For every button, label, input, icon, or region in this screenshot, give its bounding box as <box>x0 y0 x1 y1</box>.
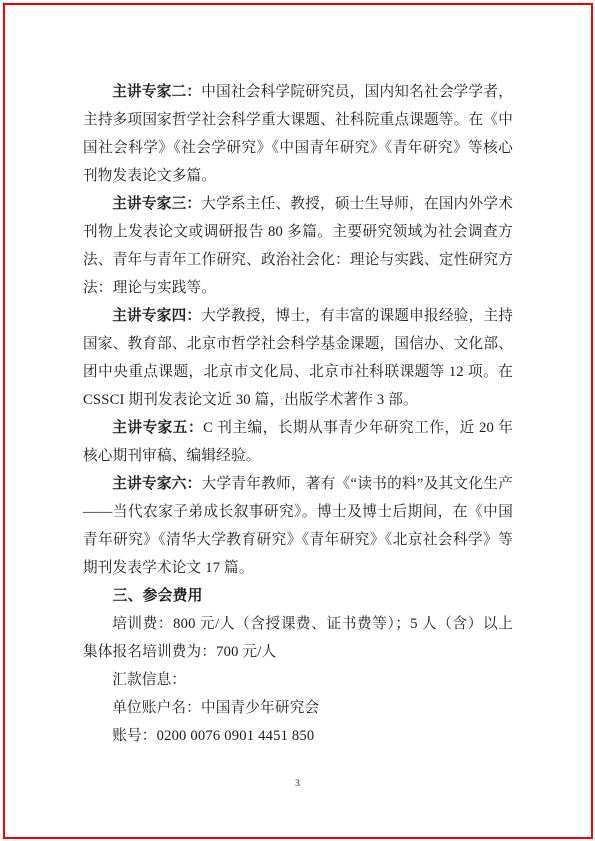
expert-6-label: 主讲专家六： <box>112 476 201 492</box>
page-number: 3 <box>0 779 595 789</box>
expert-5-label: 主讲专家五： <box>112 420 203 436</box>
paragraph-training-fee: 培训费：800 元/人（含授课费、证书费等）；5 人（含）以上集体报名培训费为：… <box>83 610 513 666</box>
document-page: 主讲专家二：中国社会科学院研究员，国内知名社会学学者，主持多项国家哲学社会科学重… <box>0 0 595 841</box>
paragraph-expert-6: 主讲专家六：大学青年教师，著有《“读书的料”及其文化生产——当代农家子弟成长叙事… <box>83 470 513 582</box>
paragraph-account-number: 账号：0200 0076 0901 4451 850 <box>83 722 513 750</box>
expert-2-label: 主讲专家二： <box>112 84 201 100</box>
page-content: 主讲专家二：中国社会科学院研究员，国内知名社会学学者，主持多项国家哲学社会科学重… <box>83 78 513 750</box>
paragraph-expert-5: 主讲专家五：C 刊主编，长期从事青少年研究工作，近 20 年核心期刊审稿、编辑经… <box>83 414 513 470</box>
expert-3-label: 主讲专家三： <box>112 196 201 212</box>
paragraph-expert-2: 主讲专家二：中国社会科学院研究员，国内知名社会学学者，主持多项国家哲学社会科学重… <box>83 78 513 190</box>
paragraph-expert-4: 主讲专家四：大学教授，博士，有丰富的课题申报经验，主持国家、教育部、北京市哲学社… <box>83 302 513 414</box>
paragraph-remittance-info: 汇款信息： <box>83 666 513 694</box>
section-heading-fees: 三、参会费用 <box>83 582 513 610</box>
paragraph-expert-3: 主讲专家三：大学系主任、教授，硕士生导师，在国内外学术刊物上发表论文或调研报告 … <box>83 190 513 302</box>
paragraph-account-name: 单位账户名：中国青少年研究会 <box>83 694 513 722</box>
expert-4-label: 主讲专家四： <box>112 308 201 324</box>
